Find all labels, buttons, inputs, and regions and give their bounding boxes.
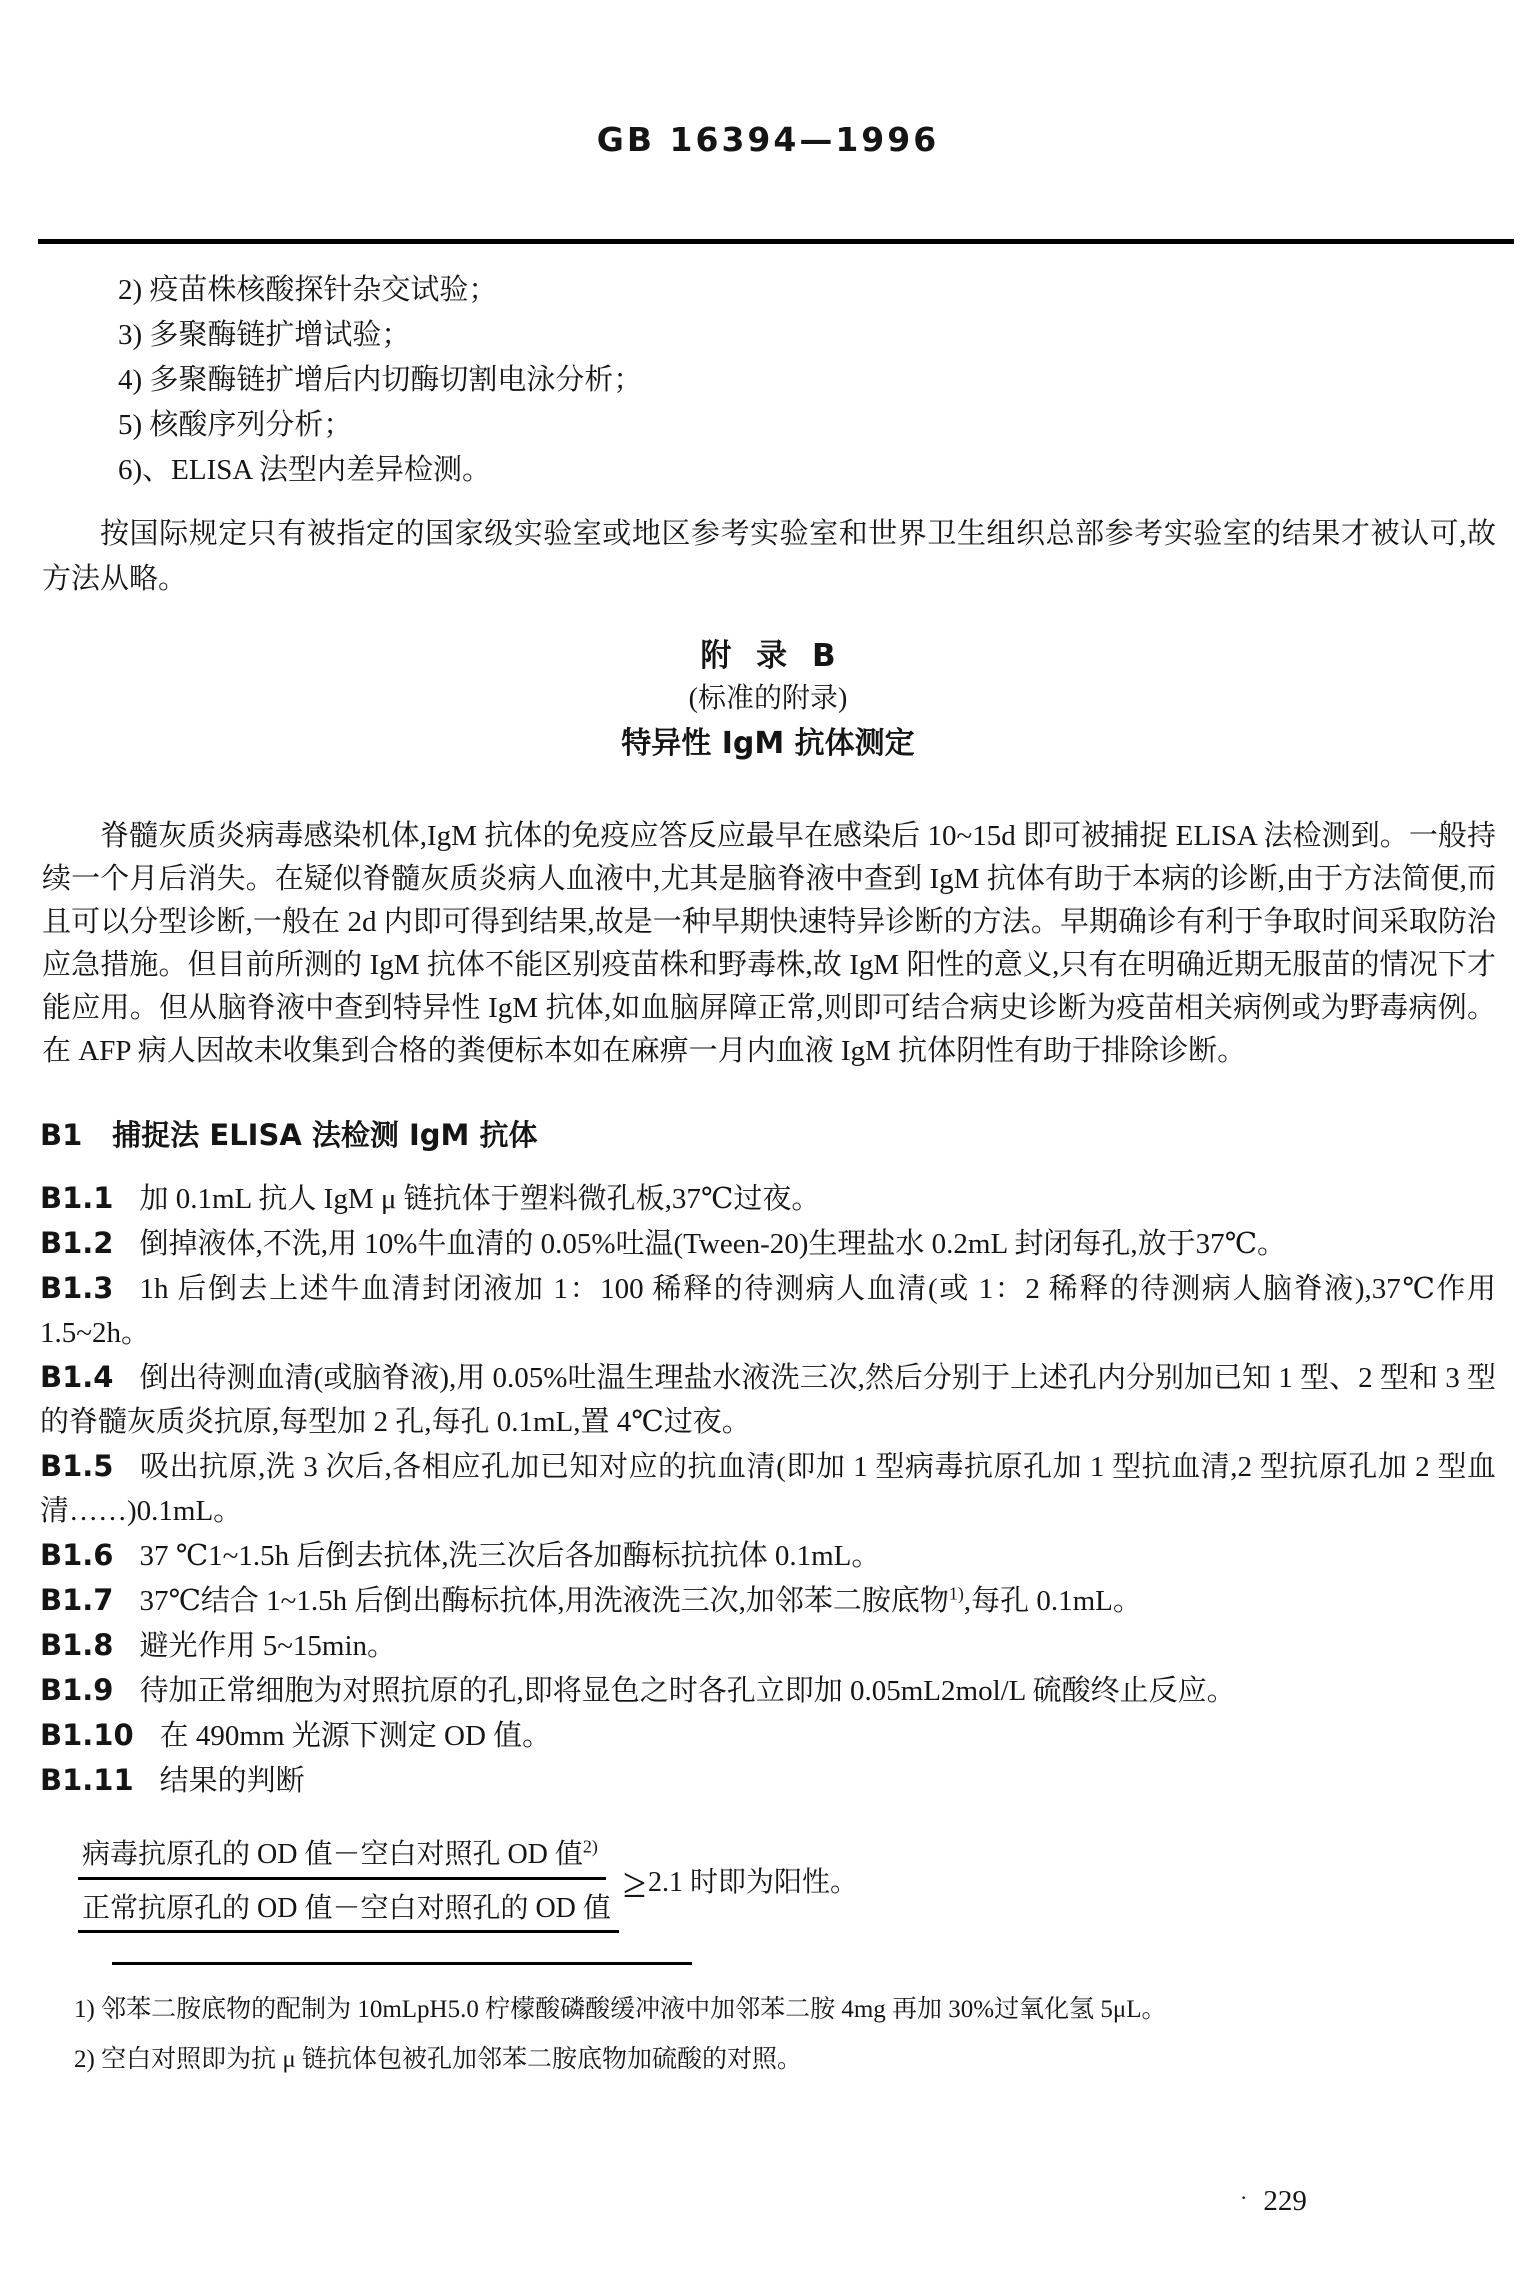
footnote-2: 2) 空白对照即为抗 μ 链抗体包被孔加邻苯二胺底物加硫酸的对照。 bbox=[74, 2035, 1476, 2085]
step-b1-11: B1.11结果的判断 bbox=[40, 1758, 1496, 1803]
list-item: 3) 多聚酶链扩增试验； bbox=[42, 313, 1496, 358]
list-item: 4) 多聚酶链扩增后内切酶切割电泳分析； bbox=[42, 358, 1496, 403]
step-b1-7: B1.737℃结合 1~1.5h 后倒出酶标抗体,用洗液洗三次,加邻苯二胺底物1… bbox=[40, 1578, 1496, 1623]
footnote-1: 1) 邻苯二胺底物的配制为 10mLpH5.0 柠檬酸磷酸缓冲液中加邻苯二胺 4… bbox=[74, 1985, 1476, 2035]
step-b1-3: B1.31h 后倒去上述牛血清封闭液加 1：100 稀释的待测病人血清(或 1：… bbox=[40, 1266, 1496, 1355]
preamble-paragraph: 按国际规定只有被指定的国家级实验室或地区参考实验室和世界卫生组织总部参考实验室的… bbox=[42, 512, 1496, 602]
footnote-divider bbox=[112, 1962, 692, 1965]
step-b1-2: B1.2倒掉液体,不洗,用 10%牛血清的 0.05%吐温(Tween-20)生… bbox=[40, 1221, 1496, 1266]
standard-code: GB 16394—1996 bbox=[0, 120, 1536, 159]
appendix-title: 附 录 B bbox=[0, 630, 1536, 675]
section-b1-heading: B1捕捉法 ELISA 法检测 IgM 抗体 bbox=[40, 1113, 1496, 1154]
list-item: 2) 疫苗株核酸探针杂交试验； bbox=[42, 268, 1496, 313]
footnote-marker-1: 1) bbox=[949, 1583, 964, 1603]
appendix-intro-paragraph: 脊髓灰质炎病毒感染机体,IgM 抗体的免疫应答反应最早在感染后 10~15d 即… bbox=[42, 815, 1496, 1073]
step-b1-8: B1.8避光作用 5~15min。 bbox=[40, 1623, 1496, 1668]
gte-sign: ≥ bbox=[623, 1861, 646, 1907]
speck-mark: · bbox=[1240, 2185, 1247, 2210]
appendix-heading: 特异性 IgM 抗体测定 bbox=[0, 718, 1536, 762]
step-b1-6: B1.637 ℃1~1.5h 后倒去抗体,洗三次后各加酶标抗抗体 0.1mL。 bbox=[40, 1533, 1496, 1578]
step-b1-1: B1.1加 0.1mL 抗人 IgM μ 链抗体于塑料微孔板,37℃过夜。 bbox=[40, 1176, 1496, 1221]
header-rule bbox=[38, 239, 1514, 244]
section-number: B1 bbox=[40, 1118, 82, 1152]
step-b1-10: B1.10在 490mm 光源下测定 OD 值。 bbox=[40, 1713, 1496, 1758]
list-item: 6)、ELISA 法型内差异检测。 bbox=[42, 448, 1496, 493]
footnotes: 1) 邻苯二胺底物的配制为 10mLpH5.0 柠檬酸磷酸缓冲液中加邻苯二胺 4… bbox=[74, 1985, 1476, 2085]
od-ratio-formula: 病毒抗原孔的 OD 值－空白对照孔 OD 值2) 正常抗原孔的 OD 值－空白对… bbox=[78, 1832, 858, 1933]
step-b1-4: B1.4倒出待测血清(或脑脊液),用 0.05%吐温生理盐水液洗三次,然后分别于… bbox=[40, 1355, 1496, 1444]
list-item: 5) 核酸序列分析； bbox=[42, 403, 1496, 448]
page-number: ·229 bbox=[1240, 2185, 1307, 2218]
fraction-numerator: 病毒抗原孔的 OD 值－空白对照孔 OD 值2) bbox=[78, 1832, 606, 1880]
section-title: 捕捉法 ELISA 法检测 IgM 抗体 bbox=[112, 1118, 537, 1152]
fraction: 病毒抗原孔的 OD 值－空白对照孔 OD 值2) 正常抗原孔的 OD 值－空白对… bbox=[78, 1832, 619, 1933]
procedure-steps: B1.1加 0.1mL 抗人 IgM μ 链抗体于塑料微孔板,37℃过夜。 B1… bbox=[40, 1176, 1496, 1803]
document-page: GB 16394—1996 2) 疫苗株核酸探针杂交试验； 3) 多聚酶链扩增试… bbox=[0, 0, 1536, 2285]
fraction-denominator: 正常抗原孔的 OD 值－空白对照孔的 OD 值 bbox=[78, 1880, 619, 1933]
step-b1-9: B1.9待加正常细胞为对照抗原的孔,即将显色之时各孔立即加 0.05mL2mol… bbox=[40, 1668, 1496, 1713]
footnote-marker-2: 2) bbox=[583, 1837, 598, 1857]
formula-condition: ≥2.1 时即为阳性。 bbox=[623, 1860, 858, 1906]
step-b1-5: B1.5吸出抗原,洗 3 次后,各相应孔加已知对应的抗血清(即加 1 型病毒抗原… bbox=[40, 1444, 1496, 1533]
appendix-subtitle: (标准的附录) bbox=[0, 676, 1536, 716]
method-list: 2) 疫苗株核酸探针杂交试验； 3) 多聚酶链扩增试验； 4) 多聚酶链扩增后内… bbox=[42, 268, 1496, 493]
